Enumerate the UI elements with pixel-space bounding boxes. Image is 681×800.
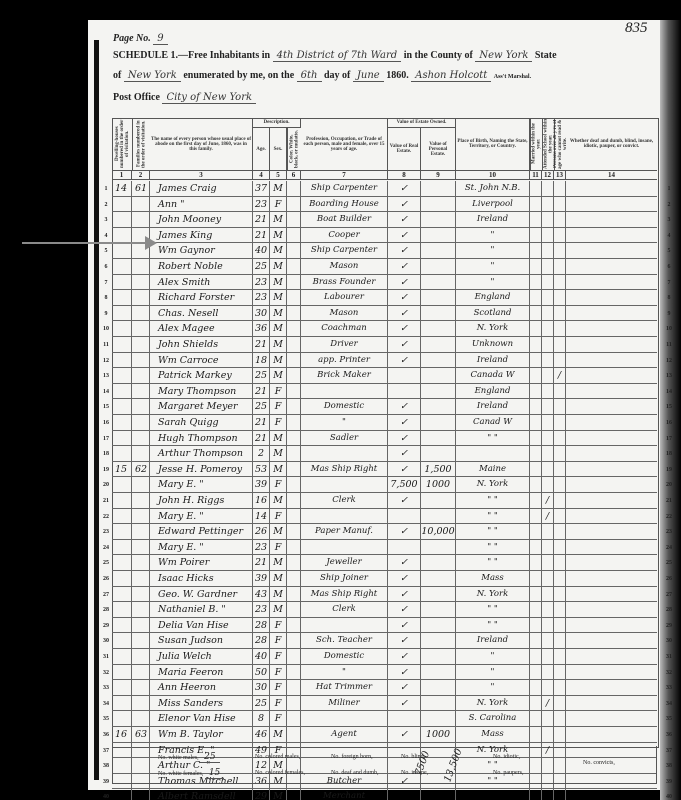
married-cell [530, 353, 542, 368]
table-row: Maria Feeron50F"✓" [112, 665, 657, 681]
occupation-cell: Labourer [301, 290, 388, 305]
family-cell [132, 275, 150, 290]
sex-cell: F [270, 197, 287, 212]
name-cell: Julia Welch [150, 649, 253, 664]
family-cell [132, 353, 150, 368]
birthplace-cell: Scotland [456, 306, 530, 321]
birthplace-cell: " [456, 680, 530, 695]
line-number: 28 [100, 607, 112, 613]
occupation-cell: Clerk [301, 493, 388, 508]
line-number: 13 [100, 373, 112, 379]
line-number: 6 [663, 264, 675, 270]
real-estate-cell: ✓ [388, 228, 421, 243]
birthplace-cell: " " [456, 618, 530, 633]
column-header-name: The name of every person whose usual pla… [150, 118, 253, 170]
occupation-cell [301, 509, 388, 524]
name-cell: Sarah Quigg [150, 415, 253, 430]
personal-estate-cell [421, 321, 456, 336]
line-number: 38 [100, 763, 112, 769]
personal-estate-cell [421, 665, 456, 680]
line-number: 19 [663, 467, 675, 473]
real-estate-cell: ✓ [388, 306, 421, 321]
school-cell [542, 228, 554, 243]
sex-cell: F [270, 477, 287, 492]
real-estate-cell: ✓ [388, 633, 421, 648]
color-cell [287, 680, 301, 695]
illiterate-cell [554, 696, 566, 711]
personal-estate-cell [421, 509, 456, 524]
illiterate-cell [554, 680, 566, 695]
color-cell [287, 462, 301, 477]
personal-estate-cell [421, 275, 456, 290]
birthplace-cell: " [456, 228, 530, 243]
personal-estate-cell: 1000 [421, 727, 456, 742]
table-row: Albert Ramsdell29MMerchant [112, 789, 657, 800]
table-row: Mary E. "23F" " [112, 540, 657, 556]
real-estate-cell: 7,500 [388, 477, 421, 492]
post-office-value: City of New York [162, 92, 256, 104]
school-cell [542, 212, 554, 227]
line-number: 23 [100, 529, 112, 535]
header-line-3: of New York enumerated by me, on the 6th… [113, 70, 531, 81]
day-value: 6th [297, 70, 322, 82]
real-estate-cell [388, 509, 421, 524]
illiterate-cell [554, 727, 566, 742]
sex-cell: M [270, 243, 287, 258]
family-cell [132, 789, 150, 800]
illiterate-cell [554, 665, 566, 680]
line-number: 20 [100, 482, 112, 488]
birthplace-cell: " " [456, 524, 530, 539]
infirmity-cell [566, 555, 657, 570]
birthplace-cell: " " [456, 602, 530, 617]
real-estate-cell: ✓ [388, 696, 421, 711]
infirmity-cell [566, 384, 657, 399]
infirmity-cell [566, 228, 657, 243]
line-number: 34 [100, 701, 112, 707]
sex-cell: M [270, 571, 287, 586]
school-cell: / [542, 509, 554, 524]
infirmity-cell [566, 524, 657, 539]
family-cell [132, 665, 150, 680]
color-cell [287, 789, 301, 800]
dwelling-cell [112, 431, 132, 446]
line-number: 35 [663, 716, 675, 722]
color-cell [287, 696, 301, 711]
state-label: State [535, 50, 557, 61]
color-cell [287, 243, 301, 258]
birthplace-cell: " [456, 275, 530, 290]
dwelling-cell [112, 789, 132, 800]
age-cell: 40 [253, 649, 270, 664]
illiterate-cell [554, 306, 566, 321]
name-cell: Arthur Thompson [150, 446, 253, 461]
sex-cell: F [270, 399, 287, 414]
table-row: 1461James Craig37MShip Carpenter✓St. Joh… [112, 181, 657, 197]
dwelling-cell: 16 [112, 727, 132, 742]
line-number: 1 [663, 186, 675, 192]
birthplace-cell: Ireland [456, 633, 530, 648]
real-estate-cell: ✓ [388, 415, 421, 430]
color-cell [287, 275, 301, 290]
occupation-cell [301, 384, 388, 399]
county-value: New York [475, 50, 532, 62]
birthplace-cell: Ireland [456, 399, 530, 414]
column-header-sex: Sex. [270, 128, 287, 170]
table-row: Elenor Van Hise8FS. Carolina [112, 711, 657, 727]
occupation-cell: Merchant [301, 789, 388, 800]
line-number: 35 [100, 716, 112, 722]
table-row: Ann "23FBoarding House✓Liverpool [112, 197, 657, 213]
birthplace-cell: " " [456, 540, 530, 555]
line-number: 37 [663, 748, 675, 754]
school-cell [542, 353, 554, 368]
illiterate-cell [554, 509, 566, 524]
dwelling-cell [112, 446, 132, 461]
name-cell: Chas. Nesell [150, 306, 253, 321]
line-number: 30 [100, 638, 112, 644]
real-estate-cell: ✓ [388, 618, 421, 633]
personal-estate-cell [421, 243, 456, 258]
infirmity-cell [566, 197, 657, 212]
illiterate-cell [554, 353, 566, 368]
name-cell: Hugh Thompson [150, 431, 253, 446]
family-cell [132, 587, 150, 602]
infirmity-cell [566, 680, 657, 695]
personal-estate-cell [421, 399, 456, 414]
white-males-field: No. white males, 25 [158, 752, 220, 762]
color-cell [287, 353, 301, 368]
birthplace-cell: N. York [456, 696, 530, 711]
married-cell [530, 540, 542, 555]
occupation-cell: " [301, 415, 388, 430]
personal-estate-cell [421, 353, 456, 368]
line-number: 32 [663, 670, 675, 676]
infirmity-cell [566, 337, 657, 352]
name-cell: Robert Noble [150, 259, 253, 274]
birthplace-cell: N. York [456, 321, 530, 336]
personal-estate-cell [421, 337, 456, 352]
personal-estate-cell [421, 618, 456, 633]
line-number: 29 [100, 623, 112, 629]
color-cell [287, 197, 301, 212]
illiterate-cell [554, 415, 566, 430]
line-number: 31 [100, 654, 112, 660]
infirmity-cell [566, 727, 657, 742]
school-cell [542, 789, 554, 800]
sex-cell: M [270, 306, 287, 321]
occupation-cell [301, 446, 388, 461]
occupation-cell: Mason [301, 259, 388, 274]
sex-cell: M [270, 446, 287, 461]
dwelling-cell [112, 306, 132, 321]
table-row: Mary E. "39F7,5001000N. York [112, 477, 657, 493]
illiterate-cell [554, 789, 566, 800]
white-males-label: No. white males, [158, 755, 199, 761]
birthplace-cell: " " [456, 509, 530, 524]
school-cell [542, 665, 554, 680]
table-row: Mary E. "14F" "/ [112, 509, 657, 525]
married-cell [530, 337, 542, 352]
line-number: 17 [100, 436, 112, 442]
table-row: Wm Poirer21MJeweller✓" " [112, 555, 657, 571]
sex-cell: M [270, 181, 287, 196]
personal-estate-cell [421, 633, 456, 648]
sex-cell: M [270, 321, 287, 336]
line-number: 3 [100, 217, 112, 223]
sex-cell: M [270, 290, 287, 305]
infirmity-cell [566, 618, 657, 633]
school-cell [542, 384, 554, 399]
birthplace-cell: Liverpool [456, 197, 530, 212]
occupation-cell: Brass Founder [301, 275, 388, 290]
sex-cell: M [270, 228, 287, 243]
infirmity-cell [566, 602, 657, 617]
sex-cell: F [270, 680, 287, 695]
family-cell [132, 399, 150, 414]
age-cell: 18 [253, 353, 270, 368]
real-estate-cell: ✓ [388, 181, 421, 196]
sex-cell: M [270, 259, 287, 274]
table-row: Mary Thompson21FEngland [112, 384, 657, 400]
birthplace-cell: St. John N.B. [456, 181, 530, 196]
family-cell [132, 571, 150, 586]
age-cell: 23 [253, 540, 270, 555]
school-cell [542, 415, 554, 430]
age-cell: 30 [253, 680, 270, 695]
color-cell [287, 337, 301, 352]
dwelling-cell [112, 321, 132, 336]
line-number: 3 [663, 217, 675, 223]
real-estate-cell [388, 384, 421, 399]
line-number: 20 [663, 482, 675, 488]
family-cell [132, 259, 150, 274]
white-females-label: No. white females, [158, 771, 203, 777]
personal-estate-cell [421, 649, 456, 664]
age-cell: 23 [253, 602, 270, 617]
summary-footer: No. white males, 25 No. white females, 1… [112, 746, 657, 784]
personal-estate-cell [421, 368, 456, 383]
line-number: 30 [663, 638, 675, 644]
married-cell [530, 259, 542, 274]
line-number: 38 [663, 763, 675, 769]
column-header-married: Married within the year. [530, 118, 542, 170]
line-number: 2 [663, 202, 675, 208]
illiterate-cell [554, 555, 566, 570]
column-number: 14 [566, 170, 657, 180]
personal-estate-cell [421, 602, 456, 617]
infirmity-cell [566, 540, 657, 555]
state-value: New York [124, 70, 181, 82]
school-cell [542, 290, 554, 305]
table-row: Patrick Markey25MBrick MakerCanada W/ [112, 368, 657, 384]
occupation-cell: Agent [301, 727, 388, 742]
real-estate-cell: ✓ [388, 337, 421, 352]
line-number: 36 [663, 732, 675, 738]
family-cell [132, 384, 150, 399]
age-cell: 28 [253, 633, 270, 648]
table-row: Ann Heeron30FHat Trimmer✓" [112, 680, 657, 696]
real-estate-cell: ✓ [388, 243, 421, 258]
line-number: 40 [100, 794, 112, 800]
age-cell: 25 [253, 259, 270, 274]
sex-cell: F [270, 618, 287, 633]
infirmity-cell [566, 306, 657, 321]
sex-cell: M [270, 353, 287, 368]
school-cell [542, 587, 554, 602]
infirmity-cell [566, 571, 657, 586]
name-cell: Wm Poirer [150, 555, 253, 570]
column-header-infirmities: Whether deaf and dumb, blind, insane, id… [566, 118, 657, 170]
sex-cell: F [270, 711, 287, 726]
occupation-cell: Paper Manuf. [301, 524, 388, 539]
color-cell [287, 306, 301, 321]
illiterate-cell [554, 477, 566, 492]
school-cell [542, 306, 554, 321]
illiterate-cell [554, 649, 566, 664]
dwelling-cell [112, 243, 132, 258]
occupation-cell [301, 540, 388, 555]
school-cell [542, 259, 554, 274]
line-number: 4 [663, 233, 675, 239]
family-cell [132, 680, 150, 695]
school-cell [542, 711, 554, 726]
married-cell [530, 181, 542, 196]
column-header-real-estate: Value of Real Estate. [388, 128, 421, 170]
school-cell [542, 727, 554, 742]
family-cell [132, 524, 150, 539]
infirmity-cell [566, 275, 657, 290]
illiterate-cell [554, 431, 566, 446]
age-cell: 25 [253, 696, 270, 711]
colored-females-label: No. colored females, [255, 770, 305, 776]
dwelling-cell [112, 290, 132, 305]
occupation-cell: Domestic [301, 649, 388, 664]
age-cell: 29 [253, 789, 270, 800]
occupation-cell: Domestic [301, 399, 388, 414]
line-number: 37 [100, 748, 112, 754]
real-estate-cell: ✓ [388, 587, 421, 602]
column-number: 5 [270, 170, 287, 180]
occupation-cell: Ship Joiner [301, 571, 388, 586]
personal-estate-cell [421, 711, 456, 726]
married-cell [530, 243, 542, 258]
family-cell [132, 446, 150, 461]
dwelling-cell [112, 368, 132, 383]
illiterate-cell [554, 587, 566, 602]
name-cell: Mary Thompson [150, 384, 253, 399]
infirmity-cell [566, 696, 657, 711]
line-number: 9 [663, 311, 675, 317]
line-number: 17 [663, 436, 675, 442]
school-cell [542, 680, 554, 695]
infirmity-cell [566, 321, 657, 336]
line-number: 27 [663, 592, 675, 598]
dwelling-cell [112, 415, 132, 430]
table-row: Alex Magee36MCoachman✓N. York [112, 321, 657, 337]
column-header-family: Families numbered in the order of visita… [132, 118, 150, 170]
name-cell: Margaret Meyer [150, 399, 253, 414]
age-cell: 40 [253, 243, 270, 258]
birthplace-cell: Ireland [456, 212, 530, 227]
school-cell [542, 446, 554, 461]
table-row: Wm Gaynor40MShip Carpenter✓" [112, 243, 657, 259]
married-cell [530, 618, 542, 633]
white-females-value: 15 [205, 768, 224, 779]
married-cell [530, 665, 542, 680]
line-number: 26 [663, 576, 675, 582]
dwelling-cell [112, 353, 132, 368]
line-number: 21 [100, 498, 112, 504]
sex-cell: M [270, 368, 287, 383]
family-cell [132, 633, 150, 648]
sex-cell: M [270, 555, 287, 570]
occupation-cell: Mason [301, 306, 388, 321]
column-header-age: Age. [253, 128, 270, 170]
birthplace-cell [456, 789, 530, 800]
school-cell [542, 555, 554, 570]
table-row: Julia Welch40FDomestic✓" [112, 649, 657, 665]
age-cell: 43 [253, 587, 270, 602]
header-line-4: Post Office City of New York [113, 92, 256, 103]
color-cell [287, 259, 301, 274]
age-cell: 21 [253, 384, 270, 399]
family-cell [132, 711, 150, 726]
occupation-cell: app. Printer [301, 353, 388, 368]
birthplace-cell: N. York [456, 587, 530, 602]
line-number: 22 [663, 514, 675, 520]
personal-estate-cell [421, 290, 456, 305]
line-number: 11 [663, 342, 675, 348]
real-estate-cell: ✓ [388, 462, 421, 477]
dwelling-cell [112, 665, 132, 680]
table-row: John H. Riggs16MClerk✓" "/ [112, 493, 657, 509]
infirmity-cell [566, 446, 657, 461]
name-cell: Ann Heeron [150, 680, 253, 695]
name-cell: Isaac Hicks [150, 571, 253, 586]
line-number: 31 [663, 654, 675, 660]
family-cell [132, 509, 150, 524]
real-estate-cell: ✓ [388, 275, 421, 290]
personal-estate-cell [421, 306, 456, 321]
birthplace-cell: " [456, 665, 530, 680]
real-estate-cell: ✓ [388, 727, 421, 742]
illiterate-cell [554, 618, 566, 633]
occupation-cell [301, 618, 388, 633]
color-cell [287, 415, 301, 430]
name-cell: Alex Smith [150, 275, 253, 290]
age-cell: 30 [253, 306, 270, 321]
dwelling-cell [112, 197, 132, 212]
age-cell: 16 [253, 493, 270, 508]
family-cell [132, 696, 150, 711]
occupation-cell: Ship Carpenter [301, 181, 388, 196]
married-cell [530, 384, 542, 399]
table-row: Isaac Hicks39MShip Joiner✓Mass [112, 571, 657, 587]
infirmity-cell [566, 353, 657, 368]
month-value: June [353, 70, 384, 82]
married-cell [530, 680, 542, 695]
family-cell [132, 618, 150, 633]
column-number: 13 [554, 170, 566, 180]
married-cell [530, 431, 542, 446]
dwelling-cell [112, 633, 132, 648]
occupation-cell: Hat Trimmer [301, 680, 388, 695]
arrow-icon [145, 236, 157, 250]
married-cell [530, 306, 542, 321]
illiterate-cell [554, 337, 566, 352]
sex-cell: F [270, 633, 287, 648]
